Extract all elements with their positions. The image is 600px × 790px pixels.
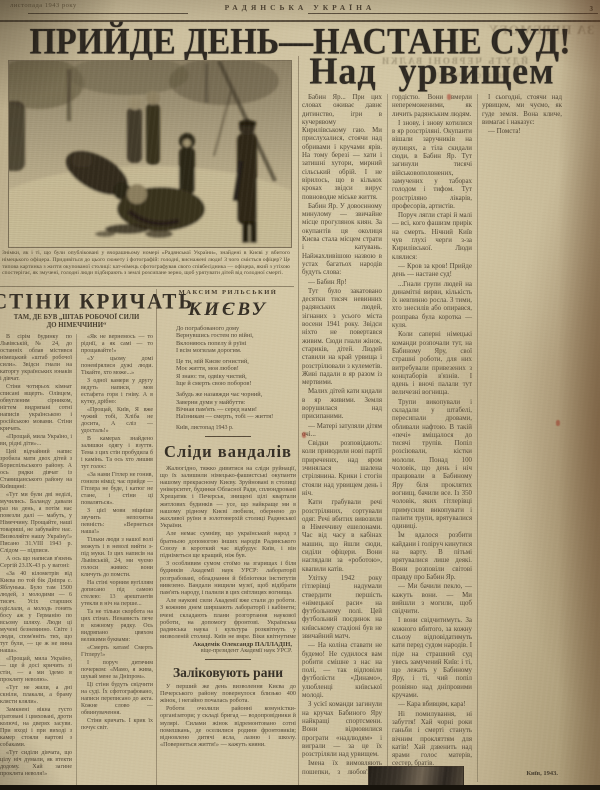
paragraph: Але наукові сили Академії вже стали до р… bbox=[160, 597, 296, 640]
paragraph: Але немає сумніву, що український народ … bbox=[160, 530, 296, 559]
poem-dateline: Київ, листопад 1943 р. bbox=[160, 425, 296, 431]
paragraph: Свідки розповідають: коли приводили нові… bbox=[302, 440, 382, 498]
paragraph: Їм вдалося розбити кайдани і голіруч кин… bbox=[392, 532, 472, 582]
paragraph: Замкнені вікна густо ґратовані і цвяхова… bbox=[0, 707, 72, 749]
paragraph: — Кара вбивцям, кара! bbox=[392, 701, 472, 709]
poem-byline: МАКСИМ РИЛЬСЬКИЙ bbox=[160, 289, 296, 296]
poem-stanza: Забудь же назавжди час чорний, Заверни д… bbox=[160, 391, 296, 420]
article-subtitle: ТАМ, ДЕ БУВ „ШТАБ РОБОЧОЇ СИЛИ ДО НІМЕЧЧ… bbox=[0, 314, 153, 330]
photo-illustration bbox=[9, 61, 291, 247]
paragraph: Стіни кричать. І крик їх почує світ. bbox=[81, 718, 153, 732]
paragraph: «Прощай, мила Україно, — ще й досі кричи… bbox=[0, 656, 72, 684]
paragraph: Роботи очолили районні комуністки-органі… bbox=[160, 705, 296, 748]
masthead-rule-right bbox=[308, 13, 598, 14]
paragraph: На стіні чорним вугіллям дописано під са… bbox=[81, 580, 153, 608]
page-number: 3 bbox=[590, 5, 594, 13]
paragraph: Стіни чотирьох кімнат списані вщерть. Ол… bbox=[0, 384, 72, 433]
paragraph: І поруч дитячим почерком: «Мамо, я жива,… bbox=[81, 660, 153, 681]
paragraph: З особливим сумом стоїмо на згарищах і б… bbox=[160, 560, 296, 596]
subtitle-line: ДО НІМЕЧЧИНИ“ bbox=[47, 322, 107, 329]
article-title-slidy-vandaliv: Сліди вандалів bbox=[160, 442, 296, 462]
article-title-nad-urvyshchem: Над урвищем bbox=[300, 49, 564, 93]
paragraph: І сьогодні, стоячи над урвищем, ми чуємо… bbox=[482, 94, 562, 127]
poem-stanzas: До пограбованого дому Вернувшись гостем … bbox=[160, 325, 296, 421]
paragraph: Коли саперні німецькі команди розпочали … bbox=[392, 331, 472, 397]
newspaper-page: листопада 1943 року РАДЯНСЬКА УКРАЇНА 3 … bbox=[0, 0, 600, 790]
paragraph: Та не тільки скорбота на цих стінах. Нен… bbox=[81, 609, 153, 644]
paragraph: І вони свідчитимуть. За кожного вбитого,… bbox=[392, 617, 472, 700]
photo-caption: Знімки, як і ті, що були опубліковані у … bbox=[2, 250, 290, 284]
paragraph: — Матері затуляли дітям очі... bbox=[302, 423, 382, 440]
paragraph: Жалюгідно, тяжко дивитися на сліди руйна… bbox=[160, 465, 296, 530]
paragraph: «За 40 кілометрів від Києва по той бік Д… bbox=[0, 571, 72, 655]
section-divider bbox=[205, 436, 251, 437]
article-body-zalik: У перший же день визволення Києва до Печ… bbox=[160, 683, 296, 753]
paragraph: «Прощай, Київ, Я вже чужий тобі, Хліба н… bbox=[81, 407, 153, 435]
paragraph: «Тут ми були дві неділі, мучились. Балан… bbox=[0, 492, 72, 555]
paragraph: Ці стіни будуть свідчити на суді. Їх сфо… bbox=[81, 682, 153, 717]
column-divider bbox=[156, 289, 157, 786]
masthead-title: РАДЯНСЬКА УКРАЇНА bbox=[0, 3, 600, 12]
paragraph: І знову, і знову котилися в яр розстріля… bbox=[392, 120, 472, 211]
ink-artifact bbox=[447, 94, 451, 100]
section-divider bbox=[205, 659, 251, 660]
paragraph: «У цьому домі поневірялися дужі люди. Ті… bbox=[81, 356, 153, 377]
ink-artifact bbox=[556, 420, 560, 426]
poem-stanza: До пограбованого дому Вернувшись гостем … bbox=[160, 325, 296, 354]
paragraph: З усієї команди загинули на кручах Бабин… bbox=[302, 701, 382, 759]
paragraph: Цей відчайний напис зробила мати двох ді… bbox=[0, 449, 72, 491]
article-body-slidy: Жалюгідно, тяжко дивитися на сліди руйна… bbox=[160, 465, 296, 641]
paragraph: — На коліна ставати не будемо! Не судило… bbox=[302, 642, 382, 700]
news-photo bbox=[8, 60, 292, 248]
paragraph: Тільки люди з нашої волі можуть і в нево… bbox=[81, 537, 153, 579]
paragraph: «Прощай, мила Україно, і ви, рідні діти»… bbox=[0, 434, 72, 448]
paragraph: Кати грабували речі розстріляних, сортув… bbox=[302, 499, 382, 574]
ink-artifact bbox=[302, 432, 306, 438]
scan-edge-bottom bbox=[0, 785, 600, 790]
paragraph: Улітку 1942 року гітлерівці надумали ств… bbox=[302, 575, 382, 641]
paragraph: «За нами Гітлер не гонив, гонили німці; … bbox=[81, 472, 153, 507]
poem-stanza: Це ти, мій Києве огнистий, Моє життя, мо… bbox=[160, 358, 296, 387]
signature-role: віце-президент Академії наук УРСР. bbox=[160, 648, 296, 654]
article-title-stiny-krychat: СТІНИ КРИЧАТЬ bbox=[0, 288, 158, 314]
paragraph: З одної камери у другу ведуть написи, мо… bbox=[81, 378, 153, 406]
paragraph: А ось що написав в'язень Сергій 23.IX-43… bbox=[0, 556, 72, 570]
paragraph: З цієї мови міцніше звучить непохитна пе… bbox=[81, 508, 153, 536]
paragraph: «Смерть катам! Смерть Гітлеру!» bbox=[81, 645, 153, 659]
paragraph: Поруч лягли старі й малі — всі, кого фаш… bbox=[392, 212, 472, 262]
section-divider bbox=[0, 286, 294, 287]
article-title-zalikovuyut-rany: Заліковують рани bbox=[160, 665, 296, 681]
paragraph: ...Гнали групи людей на динамітні вирви,… bbox=[392, 281, 472, 331]
paragraph: «Як не вернемось — то ріднії, а як самі … bbox=[81, 334, 153, 355]
paragraph: В сірім будинку по Львівській, № 24, до … bbox=[0, 334, 72, 383]
paragraph: «Тут не жили, а дні скніли, плакали, а б… bbox=[0, 685, 72, 706]
paragraph: Тут було закатовано десятки тисяч невинн… bbox=[302, 288, 382, 388]
subtitle-line: ТАМ, ДЕ БУВ „ШТАБ РОБОЧОЇ СИЛИ bbox=[14, 314, 140, 321]
paragraph: «Тут сиділи дівчата, що цілу ніч думали,… bbox=[0, 750, 72, 778]
paragraph: — Кров за кров! Прийде день — настане су… bbox=[392, 263, 472, 280]
paragraph: В камерах знайдено залишки одягу і взутт… bbox=[81, 436, 153, 471]
column-divider bbox=[298, 56, 299, 786]
paragraph: — Бабин Яр! bbox=[302, 279, 382, 287]
poem-title: КИЄВУ bbox=[160, 299, 296, 321]
paragraph: Бабин Яр... При цих словах оживає давнє … bbox=[302, 94, 382, 202]
paragraph: — Помста! bbox=[482, 128, 562, 136]
paragraph: Бабин Яр. У довоєнному минулому — звичай… bbox=[302, 203, 382, 278]
article-body-nad: Бабин Яр... При цих словах оживає давнє … bbox=[302, 94, 562, 782]
paragraph: Малих дітей кати кидали в яр живими. Зем… bbox=[302, 388, 382, 421]
masthead-rule-left bbox=[28, 13, 188, 14]
middle-column: МАКСИМ РИЛЬСЬКИЙ КИЄВУ До пограбованого … bbox=[160, 289, 296, 788]
article-body-stiny: В сірім будинку по Львівській, № 24, до … bbox=[0, 334, 153, 786]
paragraph: Трупи викопували і складали у штабелі, п… bbox=[392, 399, 472, 532]
article-dateline: Київ, 1943. bbox=[468, 770, 558, 777]
signature-name: Академік Олександр ПАЛЛАДІН, bbox=[160, 641, 296, 648]
paragraph: У перший же день визволення Києва до Печ… bbox=[160, 683, 296, 705]
paragraph: — Ми бачили пекло, — кажуть вони. — Ми в… bbox=[392, 583, 472, 616]
paragraph: Ні помилування, ні забуття! Хай чорні ро… bbox=[392, 711, 472, 769]
